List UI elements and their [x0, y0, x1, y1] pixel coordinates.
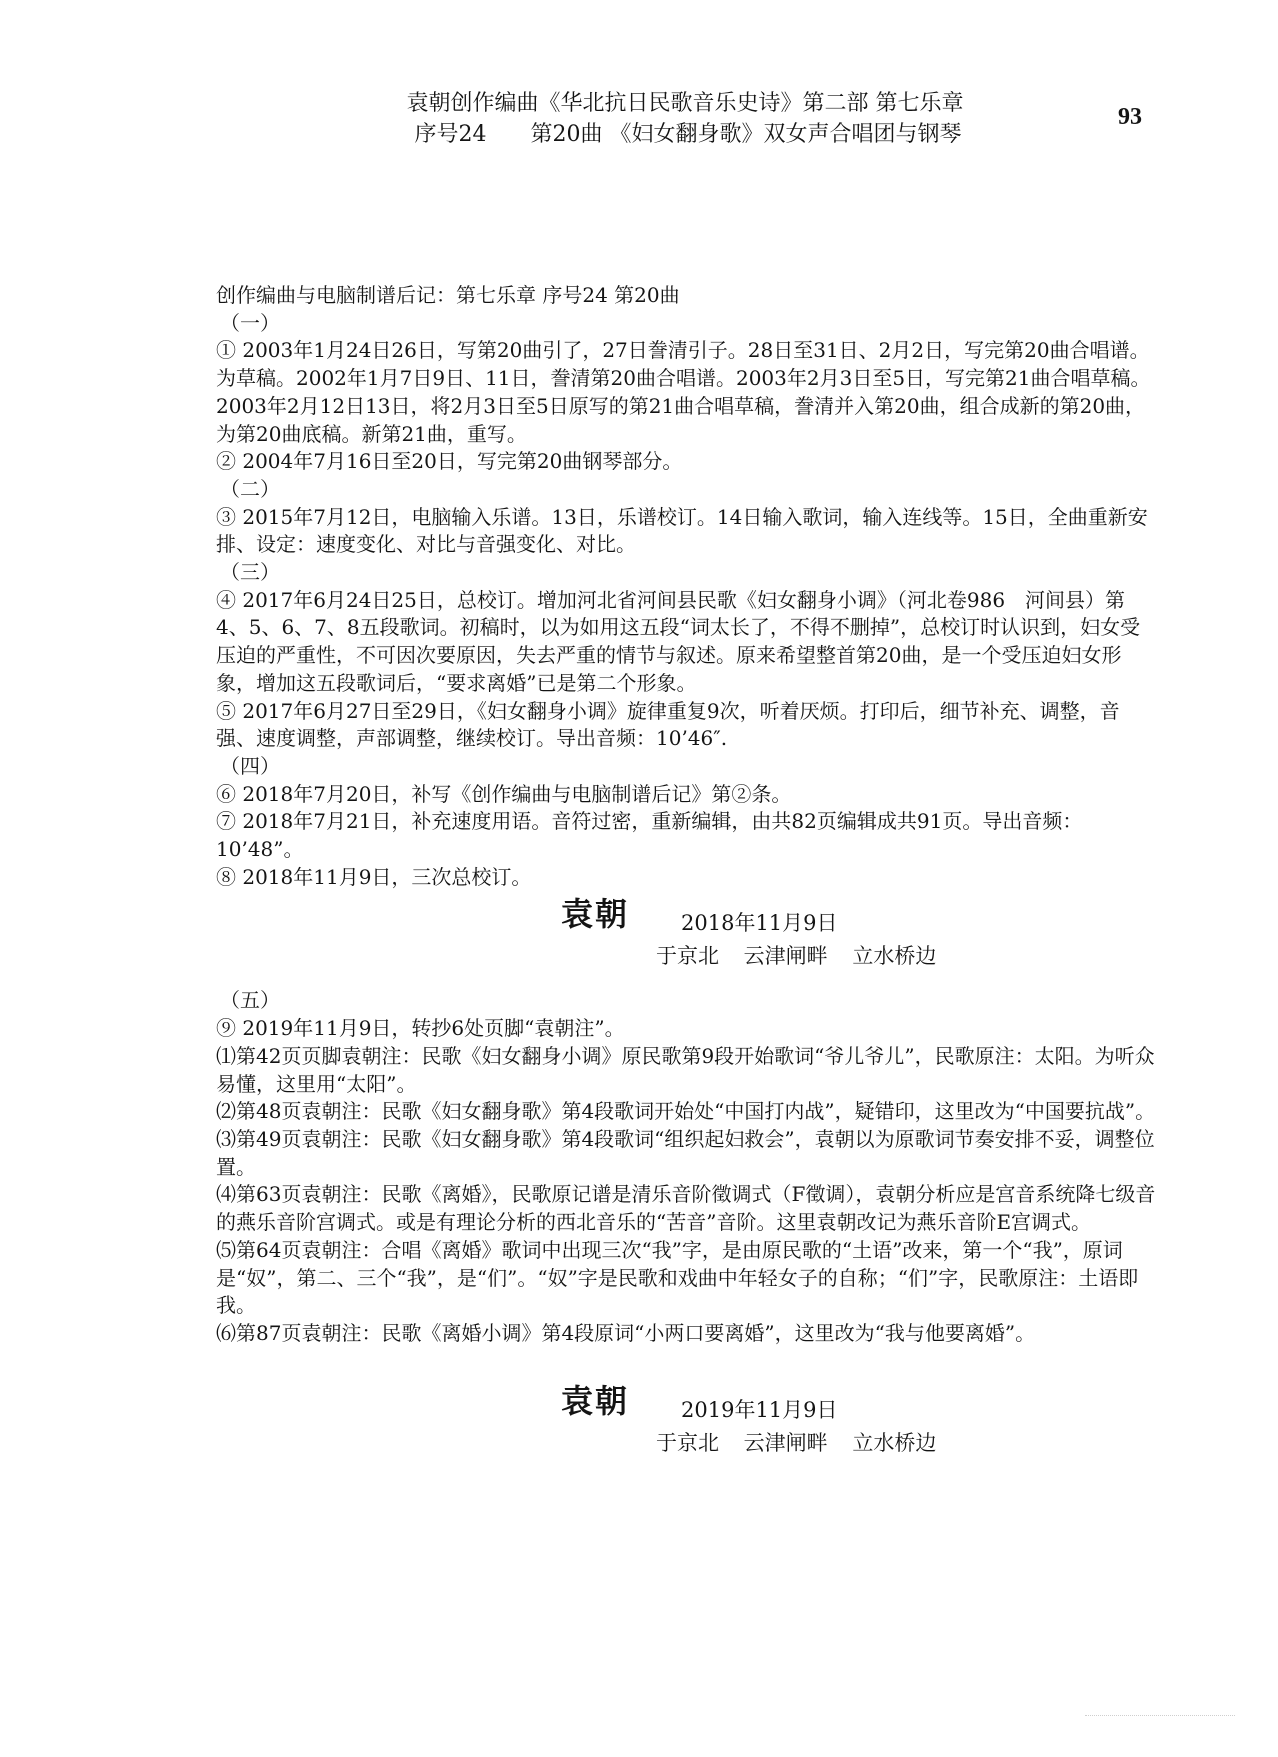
- signature-place: 于京北 云津闸畔 立水桥边: [656, 1430, 936, 1458]
- author-signature: 袁朝: [561, 1388, 629, 1416]
- author-signature: 袁朝: [561, 901, 629, 929]
- section-label-1: （一）: [216, 310, 1156, 338]
- signature-date: 2018年11月9日: [681, 910, 838, 938]
- entry-8: ⑧ 2018年11月9日，三次总校订。: [216, 864, 1156, 892]
- section-label-3: （三）: [216, 559, 1156, 587]
- entry-1: ① 2003年1月24日26日，写第20曲引了，27日誊清引子。28日至31日、…: [216, 337, 1156, 448]
- entry-7: ⑦ 2018年7月21日，补充速度用语。音符过密，重新编辑，由共82页编辑成共9…: [216, 808, 1156, 863]
- section-label-4: （四）: [216, 753, 1156, 781]
- footnote-1: ⑴第42页页脚袁朝注：民歌《妇女翻身小调》原民歌第9段开始歌词“爷儿爷儿”，民歌…: [216, 1043, 1156, 1098]
- header-subtitle-line: 序号24 第20曲 《妇女翻身歌》双女声合唱团与钢琴: [300, 119, 1070, 150]
- section-label-5: （五）: [216, 987, 1156, 1015]
- running-header: 袁朝创作编曲《华北抗日民歌音乐史诗》第二部 第七乐章 序号24 第20曲 《妇女…: [300, 88, 1070, 150]
- entry-3: ③ 2015年7月12日，电脑输入乐谱。13日，乐谱校订。14日输入歌词，输入连…: [216, 504, 1156, 559]
- faint-footer-mark: [1085, 1715, 1235, 1720]
- afterword-title: 创作编曲与电脑制谱后记：第七乐章 序号24 第20曲: [216, 282, 1156, 310]
- entry-5: ⑤ 2017年6月27日至29日，《妇女翻身小调》旋律重复9次，听着厌烦。打印后…: [216, 698, 1156, 753]
- section-label-2: （二）: [216, 476, 1156, 504]
- footnote-4: ⑷第63页袁朝注：民歌《离婚》，民歌原记谱是清乐音阶徵调式（F徵调），袁朝分析应…: [216, 1181, 1156, 1236]
- footnote-6: ⑹第87页袁朝注：民歌《离婚小调》第4段原词“小两口要离婚”，这里改为“我与他要…: [216, 1320, 1156, 1348]
- signature-block-2018: 袁朝 2018年11月9日 于京北 云津闸畔 立水桥边: [216, 891, 1156, 987]
- footnote-5: ⑸第64页袁朝注：合唱《离婚》歌词中出现三次“我”字，是由原民歌的“土语”改来，…: [216, 1237, 1156, 1320]
- entry-4: ④ 2017年6月24日25日，总校订。增加河北省河间县民歌《妇女翻身小调》（河…: [216, 587, 1156, 698]
- entry-2: ② 2004年7月16日至20日，写完第20曲钢琴部分。: [216, 448, 1156, 476]
- entry-6: ⑥ 2018年7月20日，补写《创作编曲与电脑制谱后记》第②条。: [216, 781, 1156, 809]
- footnote-2: ⑵第48页袁朝注：民歌《妇女翻身歌》第4段歌词开始处“中国打内战”，疑错印，这里…: [216, 1098, 1156, 1126]
- header-title-line: 袁朝创作编曲《华北抗日民歌音乐史诗》第二部 第七乐章: [300, 88, 1070, 119]
- footnote-3: ⑶第49页袁朝注：民歌《妇女翻身歌》第4段歌词“组织起妇救会”，袁朝以为原歌词节…: [216, 1126, 1156, 1181]
- signature-date: 2019年11月9日: [681, 1397, 838, 1425]
- signature-block-2019: 袁朝 2019年11月9日 于京北 云津闸畔 立水桥边: [216, 1378, 1156, 1474]
- page-number: 93: [1118, 104, 1142, 131]
- afterword-body: 创作编曲与电脑制谱后记：第七乐章 序号24 第20曲 （一） ① 2003年1月…: [216, 282, 1156, 1474]
- signature-place: 于京北 云津闸畔 立水桥边: [656, 943, 936, 971]
- entry-9: ⑨ 2019年11月9日，转抄6处页脚“袁朝注”。: [216, 1015, 1156, 1043]
